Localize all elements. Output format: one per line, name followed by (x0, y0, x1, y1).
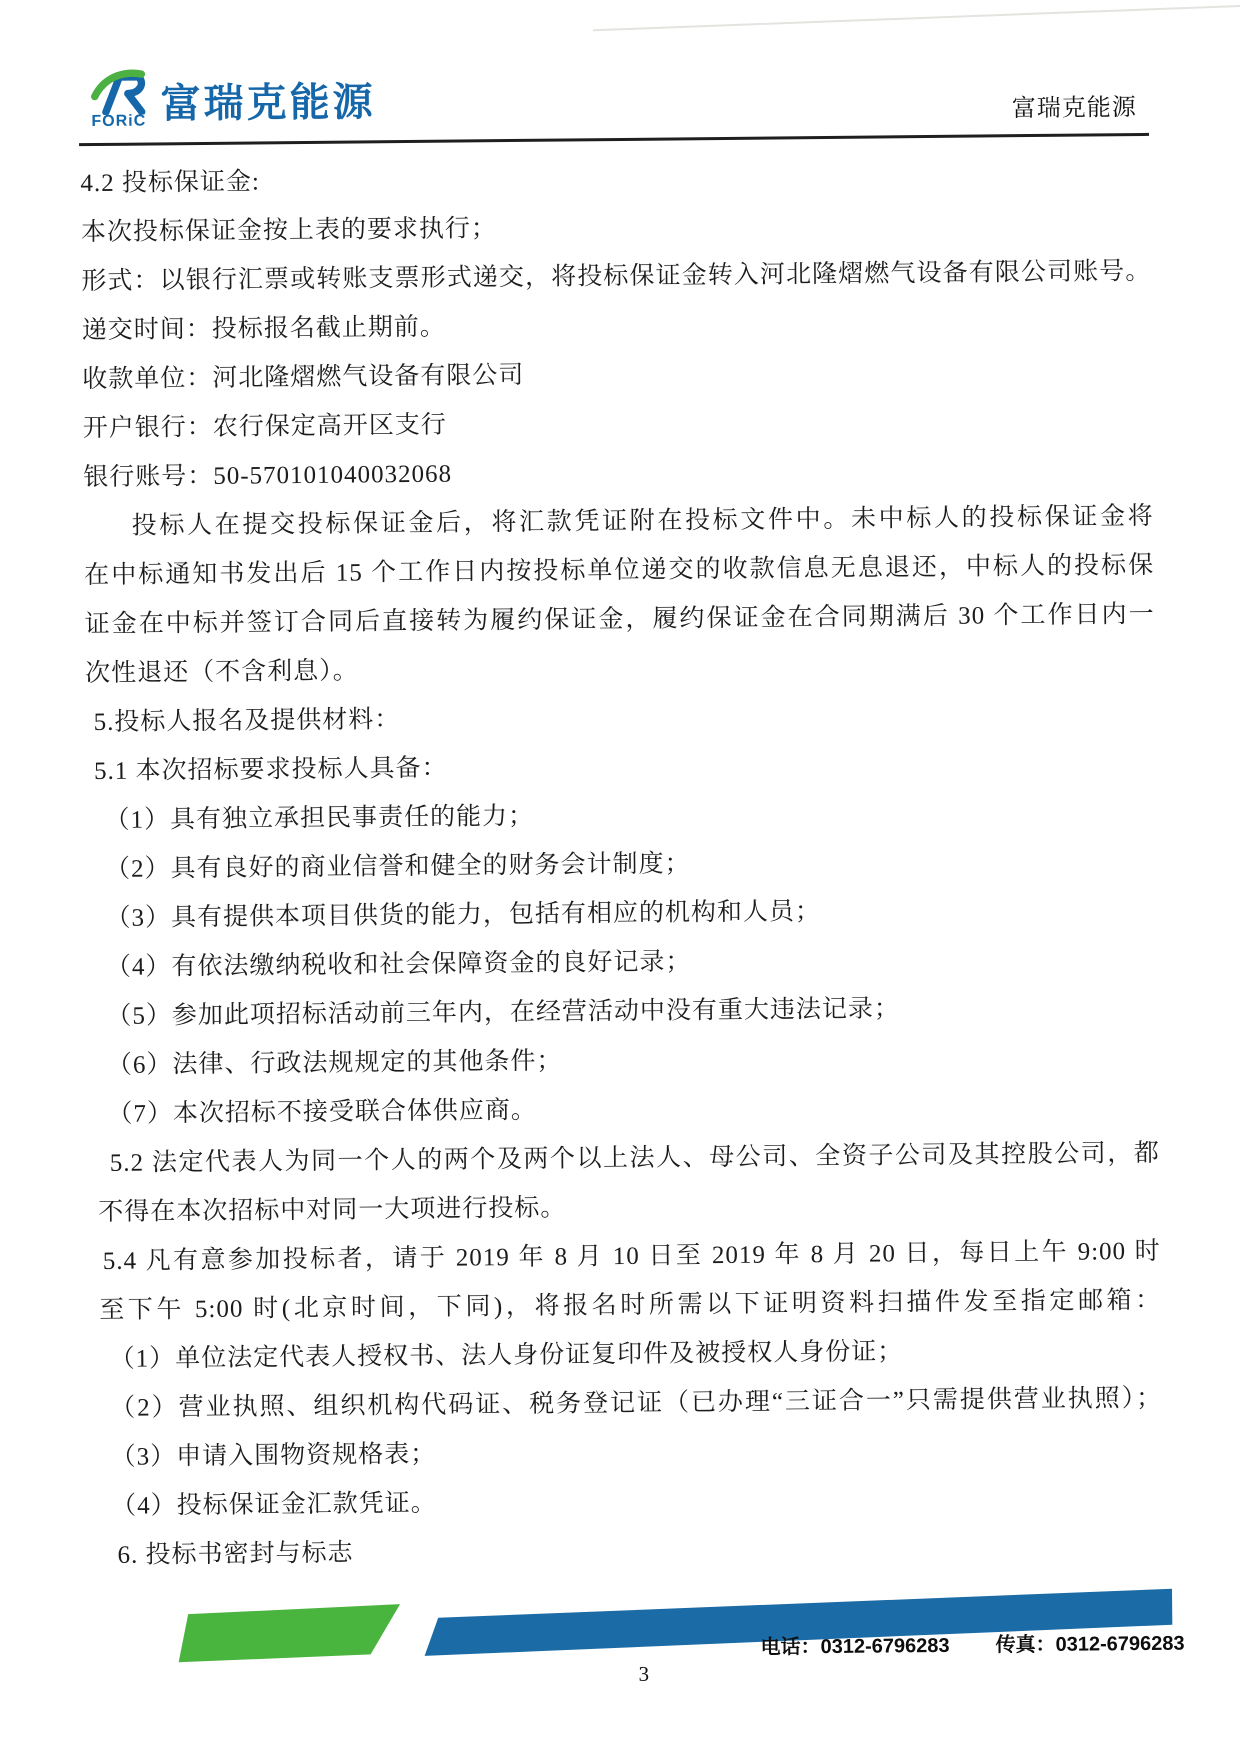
header-right-title: 富瑞克能源 (1012, 87, 1137, 123)
doc-line: 5.2 法定代表人为同一个人的两个及两个以上法人、母公司、全资子公司及其控股公司… (110, 1129, 1160, 1188)
brand-name: 富瑞克能源 (160, 70, 376, 129)
doc-line: 6. 投标书密封与标志 (117, 1521, 1163, 1580)
footer-green-shape (178, 1604, 401, 1662)
footer-contacts: 电话：0312-6796283 传真：0312-6796283 (760, 1627, 1180, 1660)
logo-mark: FORiC (86, 68, 151, 131)
document-body: 4.2 投标保证金: 本次投标保证金按上表的要求执行； 形式：以银行汇票或转账支… (80, 149, 1164, 1580)
fax-number: 0312-6796283 (1055, 1633, 1184, 1656)
header-divider (79, 133, 1149, 146)
phone-label: 电话： (760, 1636, 820, 1659)
foric-logo-icon (88, 68, 148, 115)
doc-line: 证金在中标并签订合同后直接转为履约保证金，履约保证金在合同期满后 30 个工作日… (84, 590, 1154, 649)
doc-line: 至下午 5:00 时(北京时间，下同)，将报名时所需以下证明资料扫描件发至指定邮… (99, 1276, 1161, 1335)
fax-label: 传真： (995, 1634, 1055, 1657)
phone-entry: 电话：0312-6796283 (760, 1629, 949, 1660)
fax-entry: 传真：0312-6796283 (995, 1627, 1184, 1658)
company-logo: FORiC 富瑞克能源 (86, 66, 376, 131)
doc-line: 形式：以银行汇票或转账支票形式递交，将投标保证金转入河北隆熠燃气设备有限公司账号… (81, 247, 1151, 306)
doc-line: （2）营业执照、组织机构代码证、税务登记证（已办理“三证合一”只需提供营业执照）… (110, 1374, 1162, 1433)
document-page: FORiC 富瑞克能源 富瑞克能源 4.2 投标保证金: 本次投标保证金按上表的… (0, 0, 1240, 1754)
logo-text-en: FORiC (91, 113, 146, 132)
page-header: FORiC 富瑞克能源 富瑞克能源 (78, 57, 1149, 147)
scan-artifact-line (593, 5, 1240, 31)
phone-number: 0312-6796283 (820, 1635, 949, 1658)
scanned-sheet: FORiC 富瑞克能源 富瑞克能源 4.2 投标保证金: 本次投标保证金按上表的… (0, 0, 1240, 1754)
